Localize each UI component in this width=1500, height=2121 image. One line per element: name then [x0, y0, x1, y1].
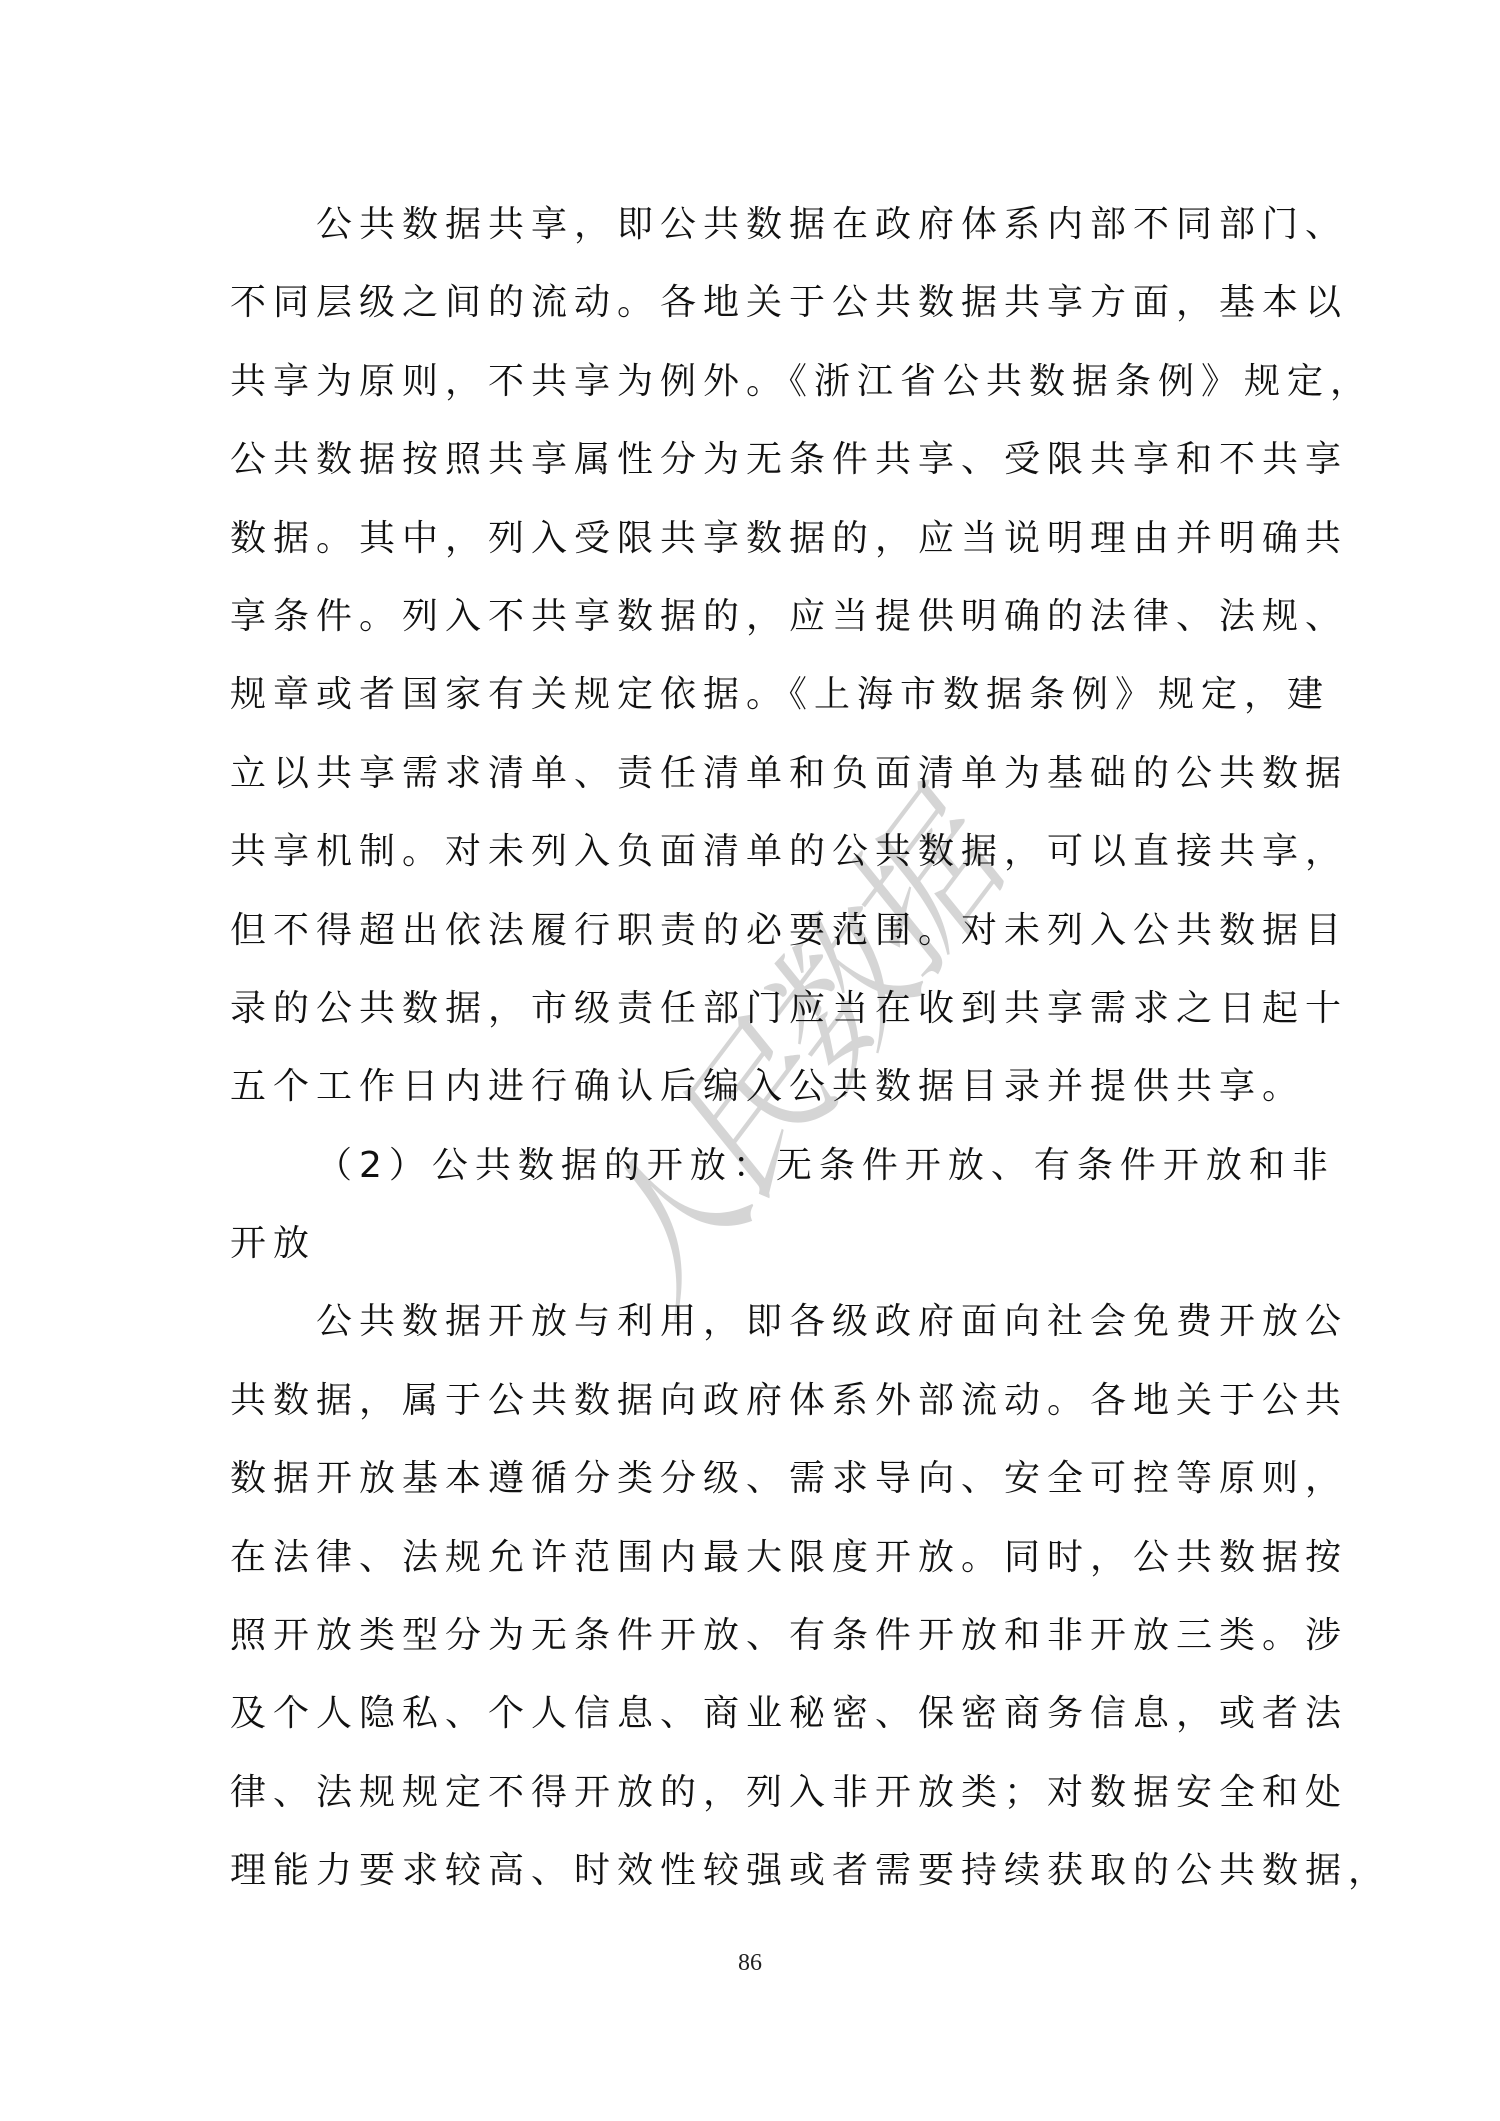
paragraph-2-line: 理能力要求较高、时效性较强或者需要持续获取的公共数据， [230, 1832, 1290, 1910]
paragraph-2-line: 律、法规规定不得开放的，列入非开放类；对数据安全和处 [230, 1754, 1290, 1832]
paragraph-1-line: 公共数据按照共享属性分为无条件共享、受限共享和不共享 [230, 421, 1290, 499]
paragraph-1-line: 数据。其中，列入受限共享数据的，应当说明理由并明确共 [230, 500, 1290, 578]
paragraph-1-line: 共享为原则，不共享为例外。《浙江省公共数据条例》规定， [230, 343, 1290, 421]
body-text: 公共数据共享，即公共数据在政府体系内部不同部门、 不同层级之间的流动。各地关于公… [230, 186, 1290, 1911]
paragraph-1-line: 立以共享需求清单、责任清单和负面清单为基础的公共数据 [230, 735, 1290, 813]
paragraph-1-line: 规章或者国家有关规定依据。《上海市数据条例》规定，建 [230, 656, 1290, 734]
section-heading-line: 开放 [230, 1205, 1290, 1283]
paragraph-2-line: 在法律、法规允许范围内最大限度开放。同时，公共数据按 [230, 1519, 1290, 1597]
paragraph-1-line: 不同层级之间的流动。各地关于公共数据共享方面，基本以 [230, 264, 1290, 342]
section-heading-line: （2）公共数据的开放：无条件开放、有条件开放和非 [230, 1127, 1290, 1205]
page-number: 86 [0, 1950, 1500, 1977]
paragraph-2-line: 公共数据开放与利用，即各级政府面向社会免费开放公 [230, 1283, 1290, 1361]
paragraph-1-line: 公共数据共享，即公共数据在政府体系内部不同部门、 [230, 186, 1290, 264]
paragraph-2-line: 数据开放基本遵循分类分级、需求导向、安全可控等原则， [230, 1440, 1290, 1518]
paragraph-2-line: 照开放类型分为无条件开放、有条件开放和非开放三类。涉 [230, 1597, 1290, 1675]
paragraph-1-line: 享条件。列入不共享数据的，应当提供明确的法律、法规、 [230, 578, 1290, 656]
document-page: 人民数据 公共数据共享，即公共数据在政府体系内部不同部门、 不同层级之间的流动。… [0, 0, 1500, 2121]
paragraph-1-line: 录的公共数据，市级责任部门应当在收到共享需求之日起十 [230, 970, 1290, 1048]
paragraph-1-line: 共享机制。对未列入负面清单的公共数据，可以直接共享， [230, 813, 1290, 891]
paragraph-2-line: 及个人隐私、个人信息、商业秘密、保密商务信息，或者法 [230, 1675, 1290, 1753]
paragraph-1-line: 但不得超出依法履行职责的必要范围。对未列入公共数据目 [230, 892, 1290, 970]
paragraph-1-line: 五个工作日内进行确认后编入公共数据目录并提供共享。 [230, 1048, 1290, 1126]
paragraph-2-line: 共数据，属于公共数据向政府体系外部流动。各地关于公共 [230, 1362, 1290, 1440]
